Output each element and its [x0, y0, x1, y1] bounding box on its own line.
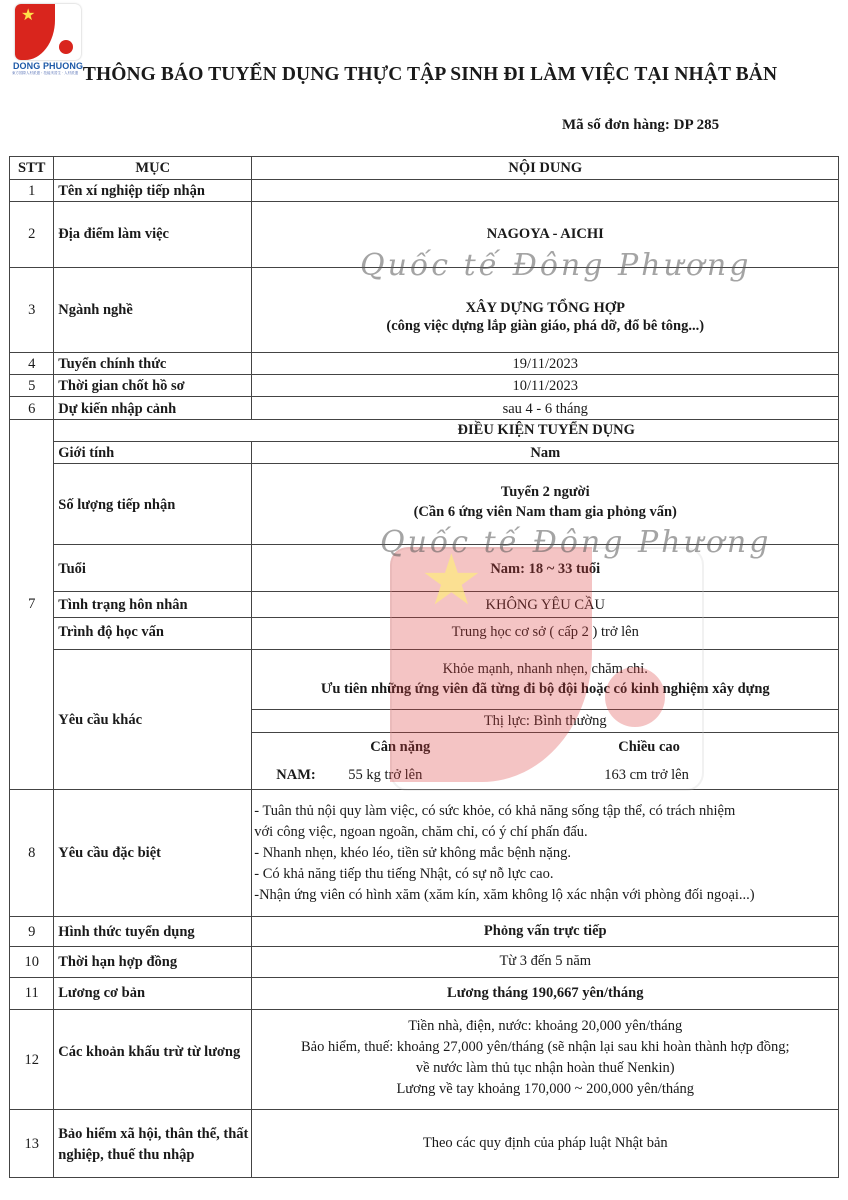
row-11-stt: 11: [9, 977, 54, 1010]
deduction-line: về nước làm thủ tục nhận hoàn thuế Nenki…: [252, 1060, 838, 1077]
stt-text: 5: [10, 378, 53, 395]
row-5-content: 10/11/2023: [251, 374, 839, 397]
header-stt: STT: [9, 156, 54, 180]
row-13-stt: 13: [9, 1109, 54, 1178]
content-text: Nam: 18 ~ 33 tuổi: [252, 561, 838, 578]
content-detail-text: (Cần 6 ứng viên Nam tham gia phỏng vấn): [252, 504, 838, 521]
content-priority-text: Ưu tiên những ứng viên đã từng đi bộ đội…: [252, 681, 838, 698]
row-10-item: Thời hạn hợp đồng: [53, 946, 252, 978]
row-3-item: Ngành nghề: [53, 267, 252, 353]
special-line: - Có khả năng tiếp thu tiếng Nhật, có sự…: [254, 866, 838, 883]
item-text: Thời hạn hợp đồng: [58, 954, 249, 971]
content-text: Lương tháng 190,667 yên/tháng: [252, 985, 838, 1002]
row-7-stt: 7: [9, 419, 54, 790]
item-text: Các khoản khấu trừ từ lương: [58, 1042, 249, 1062]
content-text: XÂY DỰNG TỔNG HỢP: [252, 300, 838, 317]
age-value: Nam: 18 ~ 33 tuổi: [251, 544, 839, 592]
gender-value: Nam: [251, 441, 839, 464]
row-6-item: Dự kiến nhập cảnh: [53, 396, 252, 420]
row-11-content: Lương tháng 190,667 yên/tháng: [251, 977, 839, 1010]
row-5-item: Thời gian chốt hồ sơ: [53, 374, 252, 397]
education-label: Trình độ học vấn: [53, 617, 252, 650]
item-text: Hình thức tuyển dụng: [58, 924, 249, 941]
item-text: Số lượng tiếp nhận: [58, 497, 249, 514]
vision-text: Thị lực: Bình thường: [252, 713, 838, 730]
content-text: sau 4 - 6 tháng: [252, 401, 838, 418]
stt-text: 10: [10, 954, 53, 971]
content-text: 10/11/2023: [252, 378, 838, 395]
content-text: Khỏe mạnh, nhanh nhẹn, chăm chỉ.: [252, 661, 838, 678]
height-label: Chiều cao: [618, 739, 680, 756]
weight-value: 55 kg trở lên: [348, 767, 422, 784]
item-text: Địa điểm làm việc: [58, 226, 249, 243]
stt-text: 7: [10, 596, 53, 613]
row-11-item: Lương cơ bản: [53, 977, 252, 1010]
item-text: Tình trạng hôn nhân: [58, 597, 249, 614]
deduction-line: Lương về tay khoảng 170,000 ~ 200,000 yê…: [252, 1081, 838, 1098]
order-code: Mã số đơn hàng: DP 285: [562, 117, 719, 134]
content-text: Tuyển 2 người: [252, 484, 838, 501]
item-text: Thời gian chốt hồ sơ: [58, 378, 249, 395]
stt-text: 3: [10, 302, 53, 319]
content-text: 19/11/2023: [252, 356, 838, 373]
special-line: - Nhanh nhẹn, khéo léo, tiền sử không mắ…: [254, 845, 838, 862]
logo-mark: ★: [15, 4, 81, 60]
row-8-item: Yêu cầu đặc biệt: [53, 789, 252, 917]
row-2-item: Địa điểm làm việc: [53, 201, 252, 268]
stt-text: 13: [10, 1136, 53, 1153]
stt-text: 8: [10, 845, 53, 862]
item-text: Yêu cầu khác: [58, 712, 249, 729]
item-text: Lương cơ bản: [58, 985, 249, 1002]
row-3-content: XÂY DỰNG TỔNG HỢP (công việc dựng lắp gi…: [251, 267, 839, 353]
row-12-content: Tiền nhà, điện, nước: khoảng 20,000 yên/…: [251, 1009, 839, 1110]
age-label: Tuổi: [53, 544, 252, 592]
quantity-value: Tuyển 2 người (Cần 6 ứng viên Nam tham g…: [251, 463, 839, 545]
content-text: Trung học cơ sở ( cấp 2 ) trở lên: [252, 624, 838, 641]
stt-text: 12: [10, 1052, 53, 1069]
row-8-stt: 8: [9, 789, 54, 917]
row-4-item: Tuyển chính thức: [53, 352, 252, 375]
row-13-content: Theo các quy định của pháp luật Nhật bản: [251, 1109, 839, 1178]
conditions-title-text: ĐIỀU KIỆN TUYỂN DỤNG: [54, 422, 838, 439]
other-general: Khỏe mạnh, nhanh nhẹn, chăm chỉ. Ưu tiên…: [251, 649, 839, 710]
row-6-content: sau 4 - 6 tháng: [251, 396, 839, 420]
deduction-line: Tiền nhà, điện, nước: khoảng 20,000 yên/…: [252, 1018, 838, 1035]
deduction-line: Bảo hiểm, thuế: khoảng 27,000 yên/tháng …: [252, 1039, 838, 1056]
job-table: STT MỤC NỘI DUNG 1 Tên xí nghiệp tiếp nh…: [10, 157, 840, 1178]
row-5-stt: 5: [9, 374, 54, 397]
education-value: Trung học cơ sở ( cấp 2 ) trở lên: [251, 617, 839, 650]
header-stt-text: STT: [10, 160, 53, 177]
header-content-text: NỘI DUNG: [252, 160, 838, 177]
item-text: Giới tính: [58, 445, 249, 462]
content-text: Nam: [252, 445, 838, 462]
row-1-item: Tên xí nghiệp tiếp nhận: [53, 179, 252, 202]
row-9-stt: 9: [9, 916, 54, 947]
content-text: KHÔNG YÊU CẦU: [252, 597, 838, 614]
item-text: Tuyển chính thức: [58, 356, 249, 373]
row-4-stt: 4: [9, 352, 54, 375]
stt-text: 1: [10, 183, 53, 200]
logo-dot: [59, 40, 73, 54]
gender-label: Giới tính: [53, 441, 252, 464]
row-13-item: Bảo hiểm xã hội, thân thể, thất nghiệp, …: [53, 1109, 252, 1178]
quantity-label: Số lượng tiếp nhận: [53, 463, 252, 545]
special-line: với công việc, ngoan ngoãn, chăm chỉ, có…: [254, 824, 838, 841]
row-6-stt: 6: [9, 396, 54, 420]
content-text: Phỏng vấn trực tiếp: [252, 923, 838, 940]
row-12-item: Các khoản khấu trừ từ lương: [53, 1009, 252, 1110]
conditions-title: ĐIỀU KIỆN TUYỂN DỤNG: [53, 419, 839, 442]
other-body-requirements: Cân nặng Chiều cao NAM: 55 kg trở lên 16…: [251, 732, 839, 790]
header-item: MỤC: [53, 156, 252, 180]
other-label: Yêu cầu khác: [53, 649, 252, 790]
row-1-content: [251, 179, 839, 202]
star-icon: ★: [21, 8, 35, 24]
document-title: THÔNG BÁO TUYỂN DỤNG THỰC TẬP SINH ĐI LÀ…: [70, 64, 790, 86]
item-text: Trình độ học vấn: [58, 624, 249, 641]
content-text: NAGOYA - AICHI: [252, 226, 838, 243]
gender-tag: NAM:: [276, 767, 315, 784]
special-line: - Tuân thủ nội quy làm việc, có sức khỏe…: [254, 803, 838, 820]
row-3-stt: 3: [9, 267, 54, 353]
row-12-stt: 12: [9, 1009, 54, 1110]
row-9-content: Phỏng vấn trực tiếp: [251, 916, 839, 947]
item-text: Dự kiến nhập cảnh: [58, 401, 249, 418]
row-10-content: Từ 3 đến 5 năm: [251, 946, 839, 978]
marital-label: Tình trạng hôn nhân: [53, 591, 252, 618]
item-text: Ngành nghề: [58, 302, 249, 319]
special-line: -Nhận ứng viên có hình xăm (xăm kín, xăm…: [254, 887, 838, 904]
row-10-stt: 10: [9, 946, 54, 978]
content-detail-text: (công việc dựng lắp giàn giáo, phá dỡ, đ…: [252, 318, 838, 335]
item-text: Tên xí nghiệp tiếp nhận: [58, 183, 249, 200]
item-text: Tuổi: [58, 561, 249, 578]
row-2-stt: 2: [9, 201, 54, 268]
content-text: Theo các quy định của pháp luật Nhật bản: [252, 1135, 838, 1152]
item-text: Yêu cầu đặc biệt: [58, 845, 249, 862]
row-1-stt: 1: [9, 179, 54, 202]
row-4-content: 19/11/2023: [251, 352, 839, 375]
height-value: 163 cm trở lên: [604, 767, 689, 784]
weight-label: Cân nặng: [370, 739, 430, 756]
item-text: Bảo hiểm xã hội, thân thể, thất nghiệp, …: [58, 1124, 249, 1166]
header-content: NỘI DUNG: [251, 156, 839, 180]
stt-text: 2: [10, 226, 53, 243]
stt-text: 11: [10, 985, 53, 1002]
stt-text: 6: [10, 401, 53, 418]
stt-text: 9: [10, 924, 53, 941]
content-text: Từ 3 đến 5 năm: [252, 953, 838, 970]
stt-text: 4: [10, 356, 53, 373]
row-8-content: - Tuân thủ nội quy làm việc, có sức khỏe…: [251, 789, 839, 917]
other-vision: Thị lực: Bình thường: [251, 709, 839, 733]
row-9-item: Hình thức tuyển dụng: [53, 916, 252, 947]
header-item-text: MỤC: [54, 160, 251, 177]
marital-value: KHÔNG YÊU CẦU: [251, 591, 839, 618]
row-2-content: NAGOYA - AICHI: [251, 201, 839, 268]
